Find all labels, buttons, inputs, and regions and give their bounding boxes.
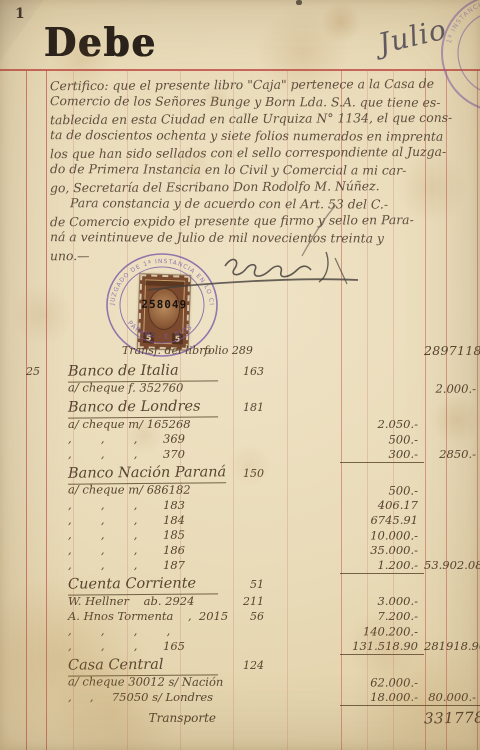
spacer-cell [266,398,340,418]
ledger-row: Banco Nación Paraná150 [0,464,480,483]
revenue-stamp: 258049 5 5 [138,274,191,350]
entry-label: , , 75050 s/ Londres [46,690,220,706]
amount-col1: 300.- [340,447,424,463]
entry-label: , , , 165 [46,639,220,655]
corner-seal-text: 1ª INSTANCIA EN LO CIVIL [445,0,480,44]
day-cell [0,558,46,574]
amount-col1 [340,398,424,418]
entry-label: , , , 369 [46,431,220,447]
amount-col2: 281918.90 [424,639,480,655]
spacer-cell [266,690,340,706]
ink-speck [296,0,302,5]
day-cell [0,342,46,360]
certificate-line: los que han sido sellados con el sello c… [50,143,456,162]
amount-col2 [424,575,480,595]
amount-col2 [424,676,480,691]
amount-col1: 10.000.- [340,528,424,543]
month-annotation: Julio [375,13,450,61]
spacer-cell [266,575,340,595]
svg-text:1ª INSTANCIA EN LO CIVIL: 1ª INSTANCIA EN LO CIVIL [445,0,480,44]
spacer-cell [266,464,340,484]
day-cell [0,482,46,497]
amount-col2 [424,513,480,528]
certificate-line: Comercio de los Señores Bunge y Born Lda… [50,92,456,111]
entry-label: , , , 183 [46,498,220,513]
entry-label: Cuenta Corriente [46,575,220,595]
spacer-cell [266,639,340,655]
folio-cell [220,498,266,513]
folio-cell [220,528,266,543]
day-cell [0,380,46,395]
folio-cell [220,707,266,729]
day-cell [0,527,46,542]
amount-col1: 406.17 [340,498,424,513]
day-cell [0,609,46,624]
spacer-cell [266,624,340,639]
day-cell [0,575,46,595]
amount-col2 [424,529,480,544]
amount-col1: 7.200.- [340,609,424,624]
day-cell: 25 [0,362,46,382]
folio-cell: 56 [220,609,266,624]
amount-col1: 2.050.- [340,417,424,432]
spacer-cell [266,656,340,676]
entry-label: W. Hellner ab. 2924 [46,594,220,609]
amount-col2 [424,417,480,432]
top-rule [0,69,480,71]
account-name: Banco Nación Paraná [68,463,226,484]
day-cell [0,656,46,676]
entry-label: , , , 185 [46,527,220,543]
ledger-row: a/ cheque m/ 686182500.- [0,482,480,499]
amount-col2 [424,609,480,624]
amount-col1: 35.000.- [340,543,424,558]
folio-cell [220,639,266,655]
amount-col2 [424,362,480,382]
certificate: Certifico: que el presente libro "Caja" … [50,76,456,263]
day-cell [0,398,46,418]
amount-col2 [424,464,480,484]
spacer-cell [266,558,340,574]
folio-cell [220,690,266,706]
ledger-row: Transporte3317789.67 [0,707,480,729]
day-cell [0,639,46,655]
spacer-cell [266,675,340,690]
amount-col1: 140.200.- [340,624,424,639]
ledger-row: A. Hnos Tormenta , 2015567.200.- [0,609,480,624]
amount-col2: 2850.- [424,447,480,463]
ledger-row: Cuenta Corriente51 [0,575,480,594]
entry-label: Casa Central [46,656,220,676]
ledger-row: , , , ,140.200.- [0,623,480,640]
certificate-line: uno.— [50,245,456,264]
entry-label: Transporte [46,707,220,729]
ledger-row: , , , 1871.200.-53.902.08 [0,558,480,573]
folio-cell: 163 [220,362,266,382]
folio-cell [220,558,266,574]
amount-col2 [424,625,480,640]
folio-ref: folio 289 [204,342,250,360]
ledger-row: , , , 183406.17 [0,498,480,513]
spacer-cell [266,432,340,447]
entry-label: a/ cheque m/ 686182 [46,482,220,498]
revenue-stamp-serial: 258049 [133,298,195,312]
amount-col1: 500.- [340,483,424,498]
certificate-line: Certifico: que el presente libro "Caja" … [50,75,456,94]
day-cell [0,464,46,484]
amount-col1 [340,464,424,484]
day-cell [0,513,46,528]
ledger-row: , , , 18510.000.- [0,527,480,544]
spacer-cell [266,543,340,558]
entry-label: A. Hnos Tormenta , 2015 [46,609,220,624]
certificate-line: go, Secretaría del Escribano Don Rodolfo… [50,177,456,196]
amount-col1: 3.000.- [340,594,424,609]
day-cell [0,498,46,513]
amount-col2 [424,498,480,513]
folio-cell [220,624,266,639]
amount-col1 [340,381,424,396]
amount-col1: 1.200.- [340,558,424,574]
certificate-line: Para constancia y de acuerdo con el Art.… [50,194,456,213]
folio-cell [220,513,266,528]
entry-label: Banco Nación Paraná [46,464,220,484]
amount-col1: 500.- [340,432,424,447]
entry-label: a/ cheque f. 352760 [46,380,220,396]
certificate-line: ta de doscientos ochenta y siete folios … [50,126,456,145]
spacer-cell [266,707,340,729]
amount-col2: 2.000.- [424,382,480,397]
folio-cell [220,447,266,463]
ledger-row: , , , 165131.518.90281918.90 [0,639,480,654]
day-cell [0,707,46,729]
folio-cell: 124 [220,656,266,676]
day-cell [0,417,46,432]
ledger-row: , , , 18635.000.- [0,543,480,558]
ledger-row: a/ cheque m/ 1652682.050.- [0,417,480,432]
spacer-cell [266,417,340,432]
spacer-cell [266,498,340,513]
folio-cell [220,543,266,558]
account-name: Banco de Londres [68,397,218,418]
amount-col1 [340,575,424,595]
ledger-row: , , , 370300.-2850.- [0,447,480,462]
entry-label: Transf. del libro [46,342,220,360]
folio-cell: 211 [220,594,266,609]
spacer-cell [266,594,340,609]
amount-col1 [340,342,424,360]
day-cell [0,594,46,609]
folio-cell [220,675,266,690]
certificate-line: de Comercio expido el presente que firmo… [50,211,456,230]
day-cell [0,623,46,638]
entry-label: , , , 186 [46,543,220,558]
amount-col2 [424,398,480,418]
spacer-cell [266,381,340,396]
ledger-page: 1 Debe Julio 1ª INSTANCIA EN LO CIVIL Ce… [0,0,480,750]
ledger-row: Banco de Londres181 [0,398,480,417]
amount-col2: 80.000.- [424,690,480,706]
ledger-row: 25Banco de Italia163 [0,362,480,381]
amount-col1: 6745.91 [340,513,424,528]
ledger-row: W. Hellner ab. 29242113.000.- [0,594,480,609]
amount-col2 [424,594,480,609]
folio-cell [220,381,266,396]
ledger-row: a/ cheque 30012 s/ Nación62.000.- [0,674,480,691]
entry-label: Banco de Londres [46,398,220,418]
folio-cell [220,417,266,432]
spacer-cell [266,447,340,463]
day-cell [0,690,46,706]
amount-col1 [340,707,424,729]
entry-label: , , , , [46,623,220,639]
page-number: 1 [15,6,25,22]
amount-col1 [340,362,424,382]
amount-col1: 18.000.- [340,690,424,706]
spacer-cell [266,342,340,360]
amount-col2 [424,543,480,558]
entry-label: , , , 184 [46,513,220,528]
amount-col2 [424,484,480,499]
amount-col2 [424,433,480,448]
spacer-cell [266,513,340,528]
folio-cell: 51 [220,575,266,595]
folio-cell [220,432,266,447]
amount-col2: 53.902.08 [424,558,480,574]
day-cell [0,674,46,689]
entry-label: , , , 370 [46,447,220,463]
day-cell [0,543,46,558]
folio-cell: 181 [220,398,266,418]
entry-label: Banco de Italia [46,362,220,382]
entry-label: a/ cheque 30012 s/ Nación [46,674,220,690]
spacer-cell [266,609,340,624]
certificate-line: do de Primera Instancia en lo Civil y Co… [50,160,456,179]
entry-label: a/ cheque m/ 165268 [46,417,220,432]
folio-cell: 150 [220,464,266,484]
ledger-row: , , , 1846745.91 [0,513,480,528]
ledger-rows: Transf. del librofolio 2892897118.6925Ba… [0,342,480,729]
page-title: Debe [44,19,157,66]
day-cell [0,447,46,463]
ledger-row: Casa Central124 [0,656,480,675]
amount-col2: 2897118.69 [424,342,480,360]
spacer-cell [266,362,340,382]
amount-col1: 131.518.90 [340,639,424,655]
spacer-cell [266,528,340,543]
day-cell [0,431,46,446]
certificate-line: tablecida en esta Ciudad en calle Urquiz… [50,109,456,128]
amount-col2: 3317789.67 [424,707,480,730]
ledger-row: Transf. del librofolio 2892897118.69 [0,342,480,360]
amount-col1: 62.000.- [340,675,424,690]
ledger-row: a/ cheque f. 3527602.000.- [0,380,480,397]
ledger-row: , , , 369500.- [0,431,480,448]
amount-col2 [424,656,480,676]
account-name: Cuenta Corriente [68,574,218,595]
ledger-row: , , 75050 s/ Londres18.000.-80.000.- [0,690,480,705]
account-name: Banco de Italia [68,361,218,382]
spacer-cell [266,483,340,498]
account-name: Casa Central [68,655,218,676]
entry-label: , , , 187 [46,558,220,574]
certificate-line: ná a veintinueve de Julio de mil novecie… [50,228,456,247]
amount-col1 [340,656,424,676]
folio-cell [220,483,266,498]
